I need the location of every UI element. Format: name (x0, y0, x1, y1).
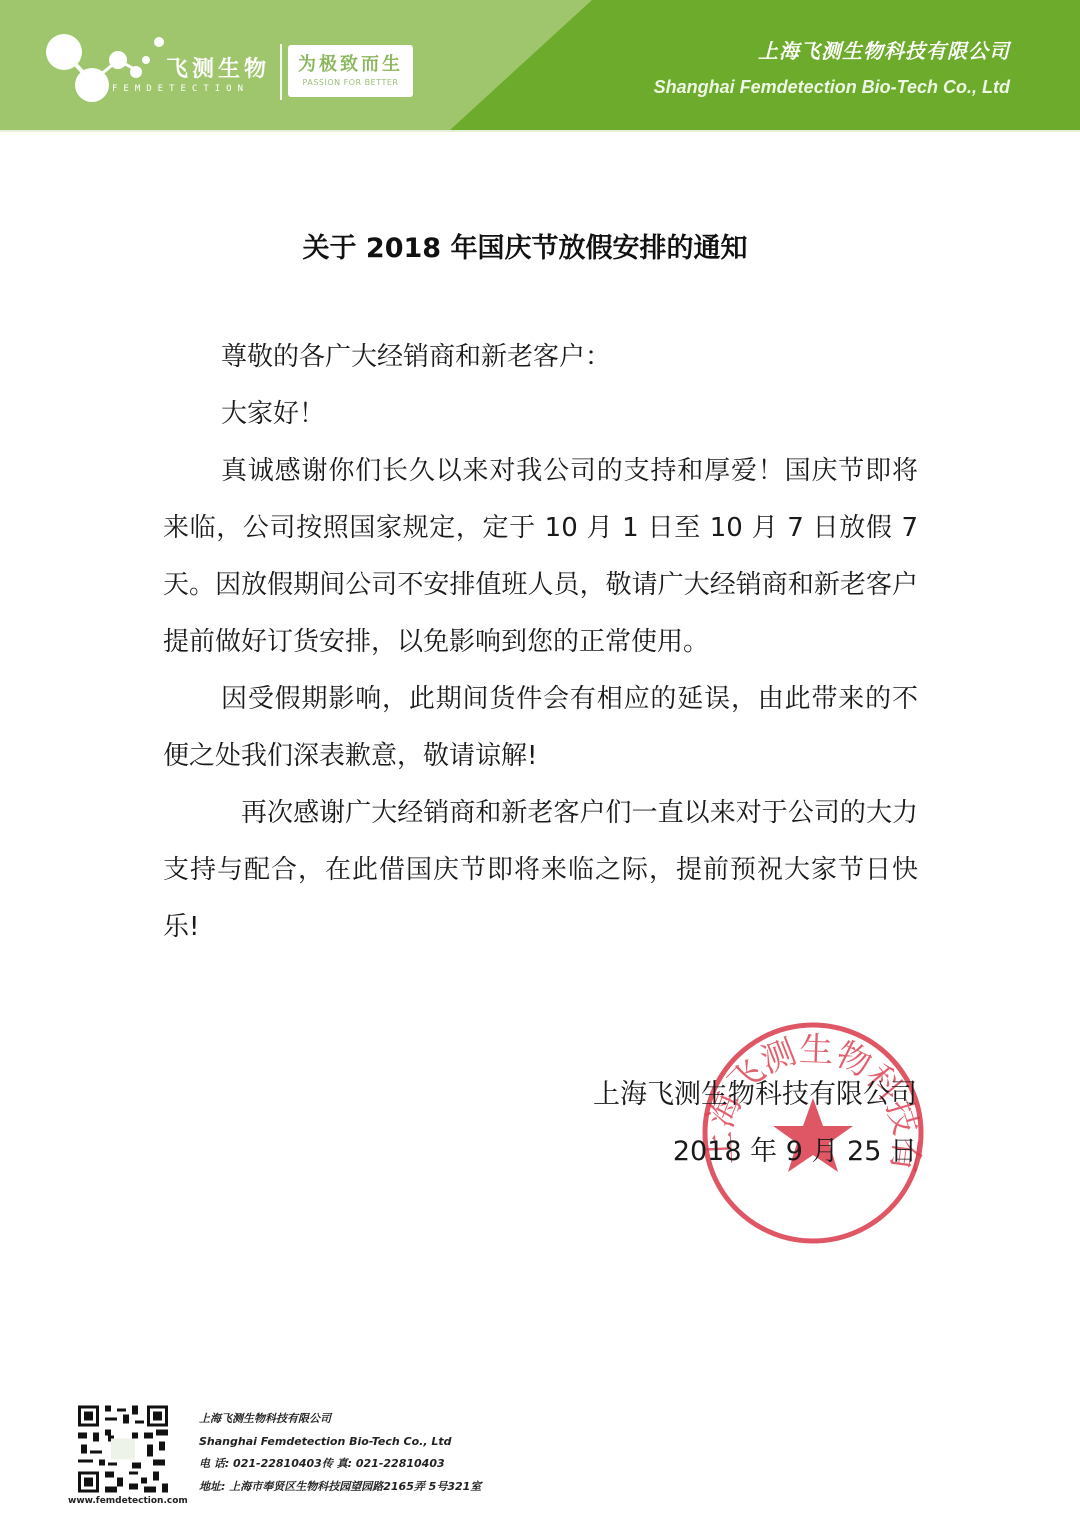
header-divider (0, 130, 1080, 132)
footer-address: 地址: 上海市奉贤区生物科技园望园路2165弄 5号321室 (199, 1476, 481, 1499)
paragraph-1: 真诚感谢你们长久以来对我公司的支持和厚爱！国庆节即将来临，公司按照国家规定，定于… (163, 443, 918, 671)
logo-name-en: FEMDETECTION (112, 84, 249, 94)
slogan-cn: 为极致而生 (288, 50, 413, 76)
signature-company: 上海飞测生物科技有限公司 (593, 1072, 917, 1111)
greeting: 大家好！ (163, 386, 918, 443)
paragraph-3: 再次感谢广大经销商和新老客户们一直以来对于公司的大力支持与配合，在此借国庆节即将… (163, 785, 918, 956)
letter-body: 尊敬的各广大经销商和新老客户： 大家好！ 真诚感谢你们长久以来对我公司的支持和厚… (163, 329, 918, 956)
footer-contact-block: 上海飞测生物科技有限公司 Shanghai Femdetection Bio-T… (199, 1408, 481, 1498)
signature-date: 2018 年 9 月 25 日 (673, 1129, 917, 1168)
slogan-badge: 为极致而生 PASSION FOR BETTER (288, 45, 413, 97)
header-company-cn: 上海飞测生物科技有限公司 (758, 35, 1010, 64)
slogan-en: PASSION FOR BETTER (288, 78, 413, 87)
document-title: 关于 2018 年国庆节放假安排的通知 (0, 226, 1050, 265)
footer-website: www.femdetection.com (68, 1496, 188, 1506)
paragraph-2: 因受假期影响，此期间货件会有相应的延误，由此带来的不便之处我们深表歉意，敬请谅解… (163, 671, 918, 785)
logo-divider (280, 44, 282, 100)
letterhead-banner: 飞测生物 FEMDETECTION 为极致而生 PASSION FOR BETT… (0, 0, 1080, 130)
footer-phone-fax: 电 话: 021-22810403传 真: 021-22810403 (199, 1453, 481, 1476)
qr-code-icon (78, 1405, 168, 1493)
footer-company-en: Shanghai Femdetection Bio-Tech Co., Ltd (199, 1431, 481, 1454)
footer-company-cn: 上海飞测生物科技有限公司 (199, 1408, 481, 1431)
salutation: 尊敬的各广大经销商和新老客户： (163, 329, 918, 386)
logo-name-cn: 飞测生物 (166, 52, 270, 83)
header-company-en: Shanghai Femdetection Bio-Tech Co., Ltd (654, 77, 1010, 98)
